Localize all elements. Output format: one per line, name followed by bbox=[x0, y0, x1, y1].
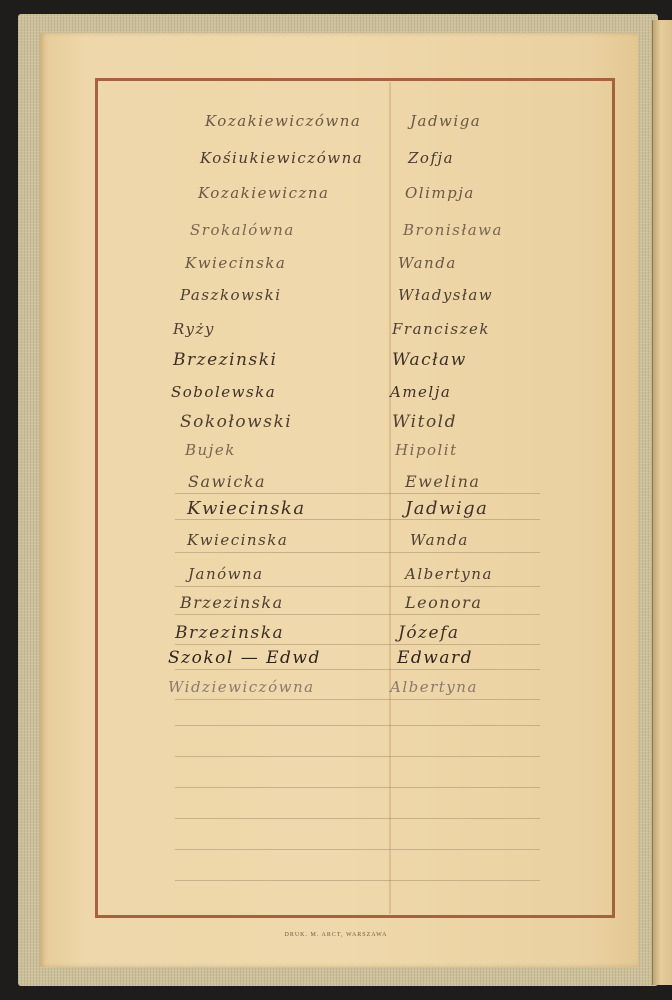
surname-cell: Paszkowski bbox=[180, 286, 282, 304]
register-row: JanównaAlbertyna bbox=[0, 565, 672, 595]
register-row: WidziewiczównaAlbertyna bbox=[0, 678, 672, 708]
surname-cell: Sawicka bbox=[188, 472, 266, 491]
given-name-cell: Wanda bbox=[398, 254, 457, 272]
register-row: PaszkowskiWładysław bbox=[0, 286, 672, 316]
surname-cell: Kozakiewiczówna bbox=[205, 112, 361, 130]
surname-cell: Bujek bbox=[185, 441, 236, 459]
given-name-cell: Bronisława bbox=[403, 221, 503, 239]
given-name-cell: Wanda bbox=[410, 531, 469, 549]
surname-cell: Kwiecinska bbox=[187, 531, 288, 549]
given-name-cell: Władysław bbox=[398, 286, 493, 304]
register-row: KośiukiewiczównaZofja bbox=[0, 149, 672, 179]
given-name-cell: Amelja bbox=[390, 383, 451, 401]
surname-cell: Brzezinski bbox=[173, 350, 277, 370]
empty-ruled-line bbox=[175, 818, 540, 819]
surname-cell: Ryży bbox=[173, 320, 215, 338]
surname-cell: Sokołowski bbox=[180, 412, 292, 432]
surname-cell: Kośiukiewiczówna bbox=[200, 149, 363, 167]
register-row: SobolewskaAmelja bbox=[0, 383, 672, 413]
register-row: KwiecinskaWanda bbox=[0, 531, 672, 561]
given-name-cell: Albertyna bbox=[390, 678, 478, 696]
surname-cell: Kwiecinska bbox=[185, 254, 286, 272]
given-name-cell: Olimpja bbox=[405, 184, 475, 202]
empty-ruled-line bbox=[175, 880, 540, 881]
given-name-cell: Leonora bbox=[405, 593, 482, 612]
given-name-cell: Witold bbox=[392, 412, 457, 432]
empty-ruled-line bbox=[175, 756, 540, 757]
register-row: BrzezinskiWacław bbox=[0, 350, 672, 380]
given-name-cell: Ewelina bbox=[405, 472, 480, 491]
register-row: BujekHipolit bbox=[0, 441, 672, 471]
register-row: KozakiewicznaOlimpja bbox=[0, 184, 672, 214]
surname-cell: Brzezinska bbox=[180, 593, 284, 612]
given-name-cell: Józefa bbox=[398, 623, 460, 643]
register-row: RyżyFranciszek bbox=[0, 320, 672, 350]
register-row: KwiecinskaJadwiga bbox=[0, 498, 672, 528]
printer-imprint: DRUK. M. ARCT, WARSZAWA bbox=[0, 932, 672, 938]
surname-cell: Srokalówna bbox=[190, 221, 295, 239]
empty-ruled-line bbox=[175, 849, 540, 850]
register-row: KwiecinskaWanda bbox=[0, 254, 672, 284]
given-name-cell: Wacław bbox=[392, 350, 467, 370]
surname-cell: Janówna bbox=[188, 565, 264, 583]
register-row: SokołowskiWitold bbox=[0, 412, 672, 442]
given-name-cell: Franciszek bbox=[392, 320, 490, 338]
given-name-cell: Jadwiga bbox=[410, 112, 481, 130]
surname-cell: Kozakiewiczna bbox=[198, 184, 330, 202]
surname-cell: Kwiecinska bbox=[187, 498, 306, 519]
register-row: BrzezinskaLeonora bbox=[0, 593, 672, 623]
given-name-cell: Jadwiga bbox=[405, 498, 488, 519]
given-name-cell: Edward bbox=[397, 648, 473, 668]
given-name-cell: Hipolit bbox=[395, 441, 458, 459]
surname-cell: Szokol — Edwd bbox=[168, 648, 321, 668]
given-name-cell: Albertyna bbox=[405, 565, 493, 583]
empty-ruled-line bbox=[175, 787, 540, 788]
register-row: Szokol — EdwdEdward bbox=[0, 648, 672, 678]
surname-cell: Widziewiczówna bbox=[168, 678, 315, 696]
register-row: KozakiewiczównaJadwiga bbox=[0, 112, 672, 142]
surname-cell: Brzezinska bbox=[175, 623, 284, 643]
empty-ruled-line bbox=[175, 725, 540, 726]
given-name-cell: Zofja bbox=[408, 149, 454, 167]
surname-cell: Sobolewska bbox=[171, 383, 276, 401]
register-row: SrokalównaBronisława bbox=[0, 221, 672, 251]
